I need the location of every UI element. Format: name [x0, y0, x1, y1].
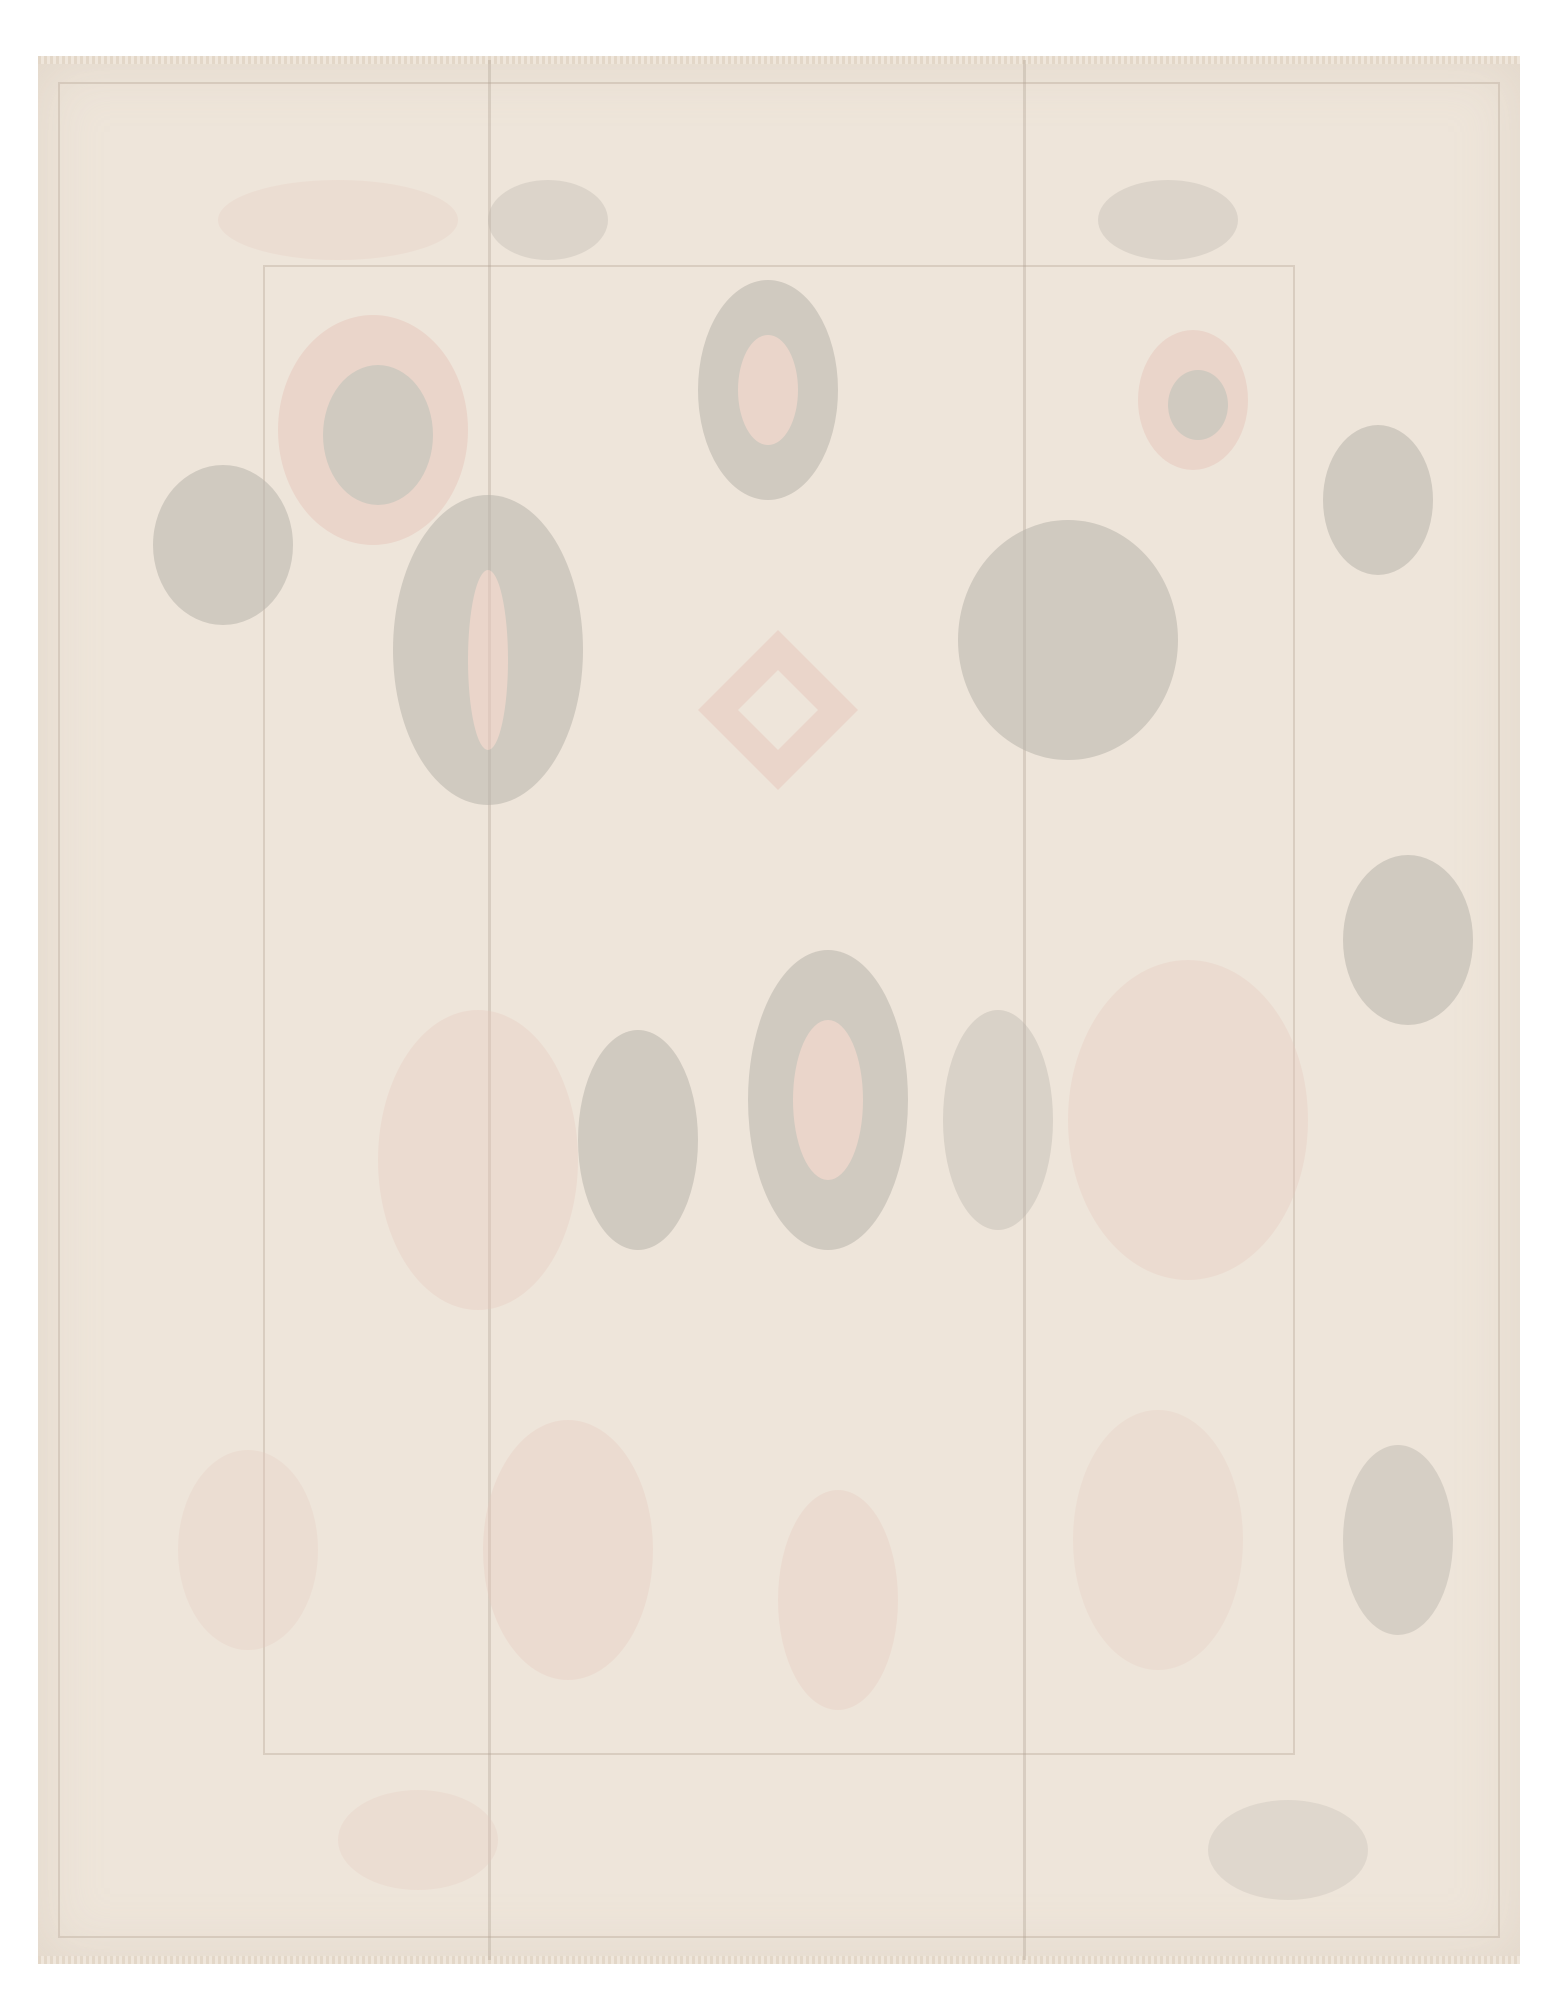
- rug: [38, 60, 1520, 1960]
- rug-motifs: [38, 60, 1520, 1960]
